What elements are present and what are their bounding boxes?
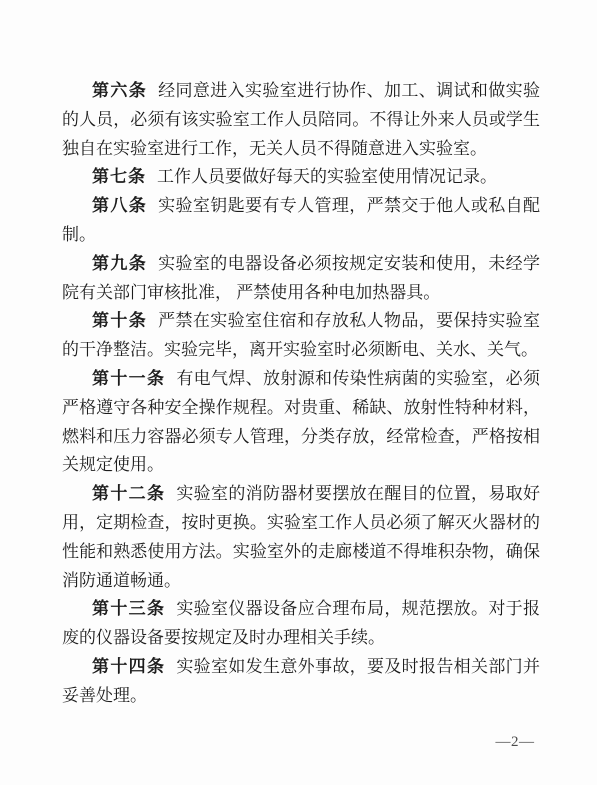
article-paragraph: 第十四条实验室如发生意外事故，要及时报告相关部门并妥善处理。: [62, 653, 540, 711]
article-paragraph: 第十条严禁在实验室住宿和存放私人物品，要保持实验室的干净整洁。实验完毕，离开实验…: [62, 307, 540, 365]
article-paragraph: 第十一条有电气焊、放射源和传染性病菌的实验室，必须严格遵守各种安全操作规程。对贵…: [62, 365, 540, 480]
article-paragraph: 第九条实验室的电器设备必须按规定安装和使用，未经学院有关部门审核批准， 严禁使用…: [62, 250, 540, 308]
document-body: 第六条经同意进入实验室进行协作、加工、调试和做实验的人员，必须有该实验室工作人员…: [62, 77, 540, 711]
article-number: 第十条: [92, 311, 147, 330]
article-number: 第六条: [92, 81, 147, 100]
article-number: 第十二条: [92, 484, 165, 503]
article-paragraph: 第七条工作人员要做好每天的实验室使用情况记录。: [62, 163, 540, 192]
article-number: 第十三条: [92, 599, 165, 618]
article-number: 第九条: [92, 254, 147, 273]
article-paragraph: 第八条实验室钥匙要有专人管理，严禁交于他人或私自配制。: [62, 192, 540, 250]
article-number: 第十一条: [92, 369, 165, 388]
article-paragraph: 第六条经同意进入实验室进行协作、加工、调试和做实验的人员，必须有该实验室工作人员…: [62, 77, 540, 163]
article-number: 第十四条: [92, 657, 165, 676]
article-number: 第八条: [92, 196, 147, 215]
article-paragraph: 第十三条实验室仪器设备应合理布局，规范摆放。对于报废的仪器设备要按规定及时办理相…: [62, 595, 540, 653]
article-paragraph: 第十二条实验室的消防器材要摆放在醒目的位置，易取好用，定期检查，按时更换。实验室…: [62, 480, 540, 595]
article-text: 工作人员要做好每天的实验室使用情况记录。: [157, 167, 497, 186]
page-number: —2—: [492, 733, 538, 751]
article-number: 第七条: [92, 167, 146, 186]
